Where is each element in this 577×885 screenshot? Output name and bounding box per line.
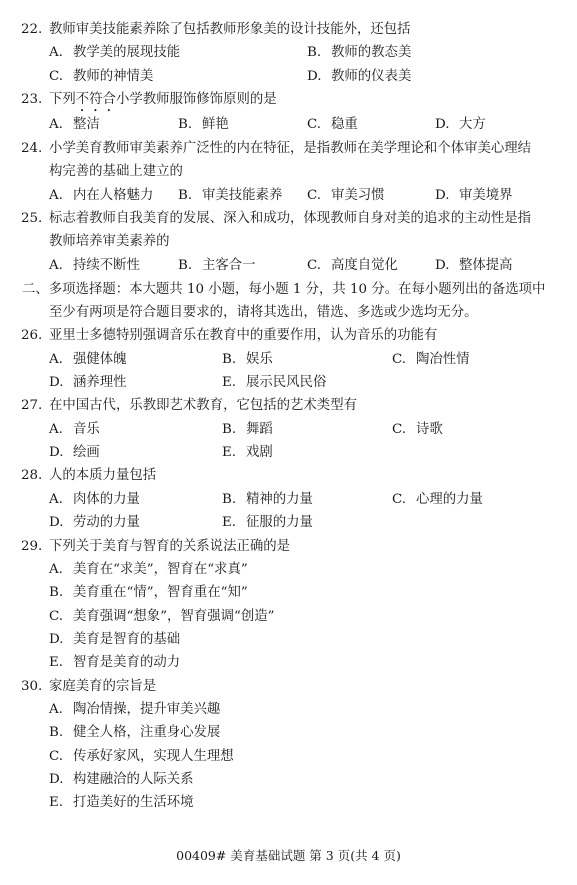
option-b: B.主客合一: [178, 255, 256, 277]
option-d: D.劳动的力量: [49, 512, 140, 534]
option-text: 戏剧: [246, 445, 273, 460]
options-row: E.打造美好的生活环境: [0, 792, 577, 814]
option-e: E.征服的力量: [222, 512, 313, 534]
options-row: A.强健体魄 B.娱乐 C.陶冶性情: [0, 349, 577, 371]
option-text: 内在人格魅力: [73, 188, 153, 203]
option-label: E.: [49, 792, 73, 814]
option-label: C.: [49, 606, 73, 628]
option-c: C.传承好家风，实现人生理想: [49, 746, 234, 768]
option-label: C.: [49, 66, 73, 88]
options-row: D.涵养理性 E.展示民风民俗: [0, 372, 577, 394]
option-label: A.: [49, 419, 73, 441]
option-a: A.整洁: [49, 114, 100, 136]
option-text: 主客合一: [202, 258, 256, 273]
options-row: D.构建融洽的人际关系: [0, 769, 577, 791]
option-d: D.构建融洽的人际关系: [49, 769, 194, 791]
option-a: A.美育在“求美”，智育在“求真”: [49, 559, 248, 581]
option-text: 涵养理性: [73, 375, 127, 390]
option-label: D.: [49, 512, 73, 534]
option-text: 陶冶性情: [416, 352, 470, 367]
option-text: 强健体魄: [73, 352, 127, 367]
options-row: C.传承好家风，实现人生理想: [0, 746, 577, 768]
option-label: B.: [178, 114, 202, 136]
question-25-continued: 教师培养审美素养的: [0, 231, 577, 253]
options-row: D.劳动的力量 E.征服的力量: [0, 512, 577, 534]
question-number: 26.: [21, 325, 42, 347]
question-text-continued: 教师培养审美素养的: [49, 231, 170, 253]
section-heading-continued: 至少有两项是符合题目要求的，请将其选出，错选、多选或少选均无分。: [0, 302, 577, 324]
question-26: 26. 亚里士多德特别强调音乐在教育中的重要作用，认为音乐的功能有: [0, 325, 577, 347]
question-text: 亚里士多德特别强调音乐在教育中的重要作用，认为音乐的功能有: [49, 325, 437, 347]
option-label: B.: [49, 722, 73, 744]
exam-page: 22. 教师审美技能素养除了包括教师形象美的设计技能外，还包括 A.教学美的展现…: [0, 0, 577, 885]
option-text: 整体提高: [459, 258, 513, 273]
option-text: 审美习惯: [331, 188, 385, 203]
options-row: D.美育是智育的基础: [0, 629, 577, 651]
option-label: A.: [49, 489, 73, 511]
option-label: E.: [222, 372, 246, 394]
option-label: C.: [307, 185, 331, 207]
options-row: B.美育重在“情”，智育重在“知”: [0, 582, 577, 604]
options-row: A.整洁 B.鲜艳 C.稳重 D.大方: [0, 114, 577, 136]
question-number: 23.: [21, 89, 42, 111]
option-b: B.教师的教态美: [307, 42, 411, 64]
text-part: 小学教师服饰修饰原则的是: [116, 92, 277, 107]
option-text: 高度自觉化: [331, 258, 398, 273]
option-c: C.陶冶性情: [392, 349, 470, 371]
question-number: 29.: [21, 536, 42, 558]
option-c: C.心理的力量: [392, 489, 483, 511]
option-text: 教学美的展现技能: [73, 45, 180, 60]
question-text: 下列关于美育与智育的关系说法正确的是: [49, 536, 290, 558]
option-label: A.: [49, 559, 73, 581]
question-text: 下列不符合小学教师服饰修饰原则的是: [49, 89, 277, 115]
option-label: A.: [49, 114, 73, 136]
option-text: 美育强调“想象”，智育强调“创造”: [73, 609, 274, 624]
option-label: B.: [49, 582, 73, 604]
question-number: 25.: [21, 208, 42, 230]
option-a: A.音乐: [49, 419, 100, 441]
options-row: A.教学美的展现技能 B.教师的教态美: [0, 42, 577, 64]
question-30: 30. 家庭美育的宗旨是: [0, 676, 577, 698]
option-label: C.: [392, 419, 416, 441]
question-text: 教师审美技能素养除了包括教师形象美的设计技能外，还包括: [49, 19, 411, 41]
option-a: A.强健体魄: [49, 349, 127, 371]
option-text: 陶冶情操，提升审美兴趣: [73, 702, 220, 717]
option-label: B.: [178, 185, 202, 207]
option-text: 诗歌: [416, 422, 443, 437]
option-text: 展示民风民俗: [246, 375, 326, 390]
option-label: D.: [435, 255, 459, 277]
option-label: D.: [49, 372, 73, 394]
page-footer: 00409# 美育基础试题 第 3 页(共 4 页): [0, 847, 577, 865]
options-row: A.肉体的力量 B.精神的力量 C.心理的力量: [0, 489, 577, 511]
question-text: 家庭美育的宗旨是: [49, 676, 156, 698]
option-text: 智育是美育的动力: [73, 655, 180, 670]
option-label: C.: [307, 114, 331, 136]
option-d: D.审美境界: [435, 185, 513, 207]
option-label: A.: [49, 699, 73, 721]
options-row: A.陶冶情操，提升审美兴趣: [0, 699, 577, 721]
option-a: A.内在人格魅力: [49, 185, 153, 207]
option-label: A.: [49, 349, 73, 371]
option-text: 健全人格，注重身心发展: [73, 725, 220, 740]
option-text: 打造美好的生活环境: [73, 795, 194, 810]
option-label: E.: [222, 512, 246, 534]
option-text: 传承好家风，实现人生理想: [73, 749, 234, 764]
option-text: 稳重: [331, 117, 358, 132]
section-heading-text: 二、多项选择题：本大题共 10 小题，每小题 1 分，共 10 分。在每小题列出…: [22, 279, 545, 301]
option-text: 整洁: [73, 117, 100, 132]
text-part: 下列: [49, 92, 76, 107]
option-c: C.美育强调“想象”，智育强调“创造”: [49, 606, 274, 628]
option-label: D.: [49, 629, 73, 651]
section-heading-text-continued: 至少有两项是符合题目要求的，请将其选出，错选、多选或少选均无分。: [49, 302, 478, 324]
question-29: 29. 下列关于美育与智育的关系说法正确的是: [0, 536, 577, 558]
option-label: B.: [178, 255, 202, 277]
options-row: A.内在人格魅力 B.审美技能素养 C.审美习惯 D.审美境界: [0, 185, 577, 207]
option-label: D.: [49, 442, 73, 464]
option-b: B.娱乐: [222, 349, 273, 371]
option-label: D.: [49, 769, 73, 791]
option-text: 美育重在“情”，智育重在“知”: [73, 585, 248, 600]
option-text: 美育在“求美”，智育在“求真”: [73, 562, 248, 577]
option-text: 娱乐: [246, 352, 273, 367]
option-c: C.审美习惯: [307, 185, 385, 207]
option-c: C.稳重: [307, 114, 358, 136]
question-text: 在中国古代，乐教即艺术教育，它包括的艺术类型有: [49, 395, 357, 417]
option-e: E.打造美好的生活环境: [49, 792, 194, 814]
option-label: C.: [392, 489, 416, 511]
option-label: D.: [435, 114, 459, 136]
question-text: 人的本质力量包括: [49, 465, 156, 487]
option-label: C.: [307, 255, 331, 277]
option-text: 劳动的力量: [73, 515, 140, 530]
option-text: 审美境界: [459, 188, 513, 203]
question-text: 标志着教师自我美育的发展、深入和成功，体现教师自身对美的追求的主动性是指: [49, 208, 531, 230]
option-d: D.教师的仪表美: [307, 66, 411, 88]
question-24-continued: 构完善的基础上建立的: [0, 161, 577, 183]
option-label: D.: [307, 66, 331, 88]
option-label: E.: [222, 442, 246, 464]
option-label: B.: [222, 419, 246, 441]
option-label: A.: [49, 42, 73, 64]
option-text: 肉体的力量: [73, 492, 140, 507]
question-22: 22. 教师审美技能素养除了包括教师形象美的设计技能外，还包括: [0, 19, 577, 41]
question-28: 28. 人的本质力量包括: [0, 465, 577, 487]
option-text: 音乐: [73, 422, 100, 437]
option-text: 精神的力量: [246, 492, 313, 507]
question-number: 30.: [21, 676, 42, 698]
question-number: 22.: [21, 19, 42, 41]
option-label: B.: [222, 349, 246, 371]
option-d: D.大方: [435, 114, 486, 136]
option-d: D.美育是智育的基础: [49, 629, 180, 651]
question-23: 23. 下列不符合小学教师服饰修饰原则的是: [0, 89, 577, 111]
option-text: 教师的仪表美: [331, 69, 411, 84]
question-text-continued: 构完善的基础上建立的: [49, 161, 183, 183]
option-e: E.展示民风民俗: [222, 372, 326, 394]
option-b: B.舞蹈: [222, 419, 273, 441]
option-a: A.持续不断性: [49, 255, 140, 277]
option-text: 舞蹈: [246, 422, 273, 437]
option-d: D.绘画: [49, 442, 100, 464]
option-b: B.美育重在“情”，智育重在“知”: [49, 582, 248, 604]
option-label: C.: [49, 746, 73, 768]
option-a: A.肉体的力量: [49, 489, 140, 511]
options-row: C.美育强调“想象”，智育强调“创造”: [0, 606, 577, 628]
option-b: B.鲜艳: [178, 114, 229, 136]
option-text: 持续不断性: [73, 258, 140, 273]
option-b: B.健全人格，注重身心发展: [49, 722, 220, 744]
option-a: A.教学美的展现技能: [49, 42, 180, 64]
option-text: 审美技能素养: [202, 188, 282, 203]
options-row: B.健全人格，注重身心发展: [0, 722, 577, 744]
option-c: C.诗歌: [392, 419, 443, 441]
option-label: B.: [307, 42, 331, 64]
option-label: C.: [392, 349, 416, 371]
option-text: 教师的神情美: [73, 69, 153, 84]
option-text: 教师的教态美: [331, 45, 411, 60]
options-row: C.教师的神情美 D.教师的仪表美: [0, 66, 577, 88]
options-row: A.音乐 B.舞蹈 C.诗歌: [0, 419, 577, 441]
question-24: 24. 小学美育教师审美素养广泛性的内在特征，是指教师在美学理论和个体审美心理结: [0, 138, 577, 160]
question-number: 28.: [21, 465, 42, 487]
option-text: 大方: [459, 117, 486, 132]
section-heading: 二、多项选择题：本大题共 10 小题，每小题 1 分，共 10 分。在每小题列出…: [0, 279, 577, 301]
option-text: 美育是智育的基础: [73, 632, 180, 647]
option-e: E.智育是美育的动力: [49, 652, 180, 674]
option-label: A.: [49, 185, 73, 207]
options-row: D.绘画 E.戏剧: [0, 442, 577, 464]
option-e: E.戏剧: [222, 442, 273, 464]
option-text: 构建融洽的人际关系: [73, 772, 194, 787]
option-c: C.教师的神情美: [49, 66, 153, 88]
options-row: E.智育是美育的动力: [0, 652, 577, 674]
question-27: 27. 在中国古代，乐教即艺术教育，它包括的艺术类型有: [0, 395, 577, 417]
emphasized-text: 不符合: [76, 92, 116, 107]
option-d: D.涵养理性: [49, 372, 127, 394]
option-text: 征服的力量: [246, 515, 313, 530]
option-label: A.: [49, 255, 73, 277]
question-number: 27.: [21, 395, 42, 417]
question-text: 小学美育教师审美素养广泛性的内在特征，是指教师在美学理论和个体审美心理结: [49, 138, 531, 160]
options-row: A.美育在“求美”，智育在“求真”: [0, 559, 577, 581]
option-a: A.陶冶情操，提升审美兴趣: [49, 699, 220, 721]
option-text: 绘画: [73, 445, 100, 460]
option-b: B.精神的力量: [222, 489, 313, 511]
option-label: D.: [435, 185, 459, 207]
option-text: 心理的力量: [416, 492, 483, 507]
question-number: 24.: [21, 138, 42, 160]
option-label: E.: [49, 652, 73, 674]
option-b: B.审美技能素养: [178, 185, 282, 207]
option-d: D.整体提高: [435, 255, 513, 277]
question-25: 25. 标志着教师自我美育的发展、深入和成功，体现教师自身对美的追求的主动性是指: [0, 208, 577, 230]
options-row: A.持续不断性 B.主客合一 C.高度自觉化 D.整体提高: [0, 255, 577, 277]
option-text: 鲜艳: [202, 117, 229, 132]
option-c: C.高度自觉化: [307, 255, 398, 277]
option-label: B.: [222, 489, 246, 511]
